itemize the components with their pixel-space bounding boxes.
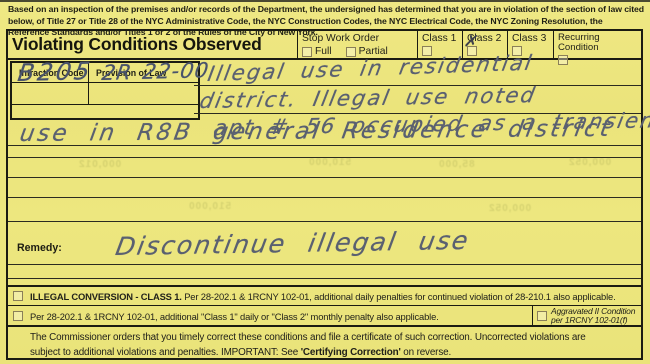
section-title: Violating Conditions Observed [12,34,262,55]
show-through-text: 85,000 [438,159,475,170]
remedy-label: Remedy: [17,242,62,254]
commissioner-order: The Commissioner orders that you timely … [8,325,641,356]
show-through-text: 000,012 [78,159,121,170]
commissioner-order-line2-pre: subject to additional violations and pen… [30,347,301,358]
penalty-row2-checkbox[interactable] [13,311,23,321]
show-through-text: 510,000 [188,201,231,212]
infraction-code-value: B205 [16,57,95,87]
stop-work-order-label: Stop Work Order [302,33,413,44]
swo-full-checkbox[interactable] [302,47,312,57]
violation-text-line4: use in R8B general Residence district [18,116,614,147]
violation-main-box: Violating Conditions Observed Stop Work … [6,29,643,360]
swo-full-label: Full [315,46,332,57]
show-through-text: 000,052 [568,157,611,168]
commissioner-order-line1: The Commissioner orders that you timely … [30,331,635,346]
aggravated-condition-cell: Aggravated II Condition per 1RCNY 102-01… [532,305,641,325]
penalty-row2-text: Per 28-202.1 & 1RCNY 102-01, additional … [30,311,439,322]
illegal-conversion-text: Per 28-202.1 & 1RCNY 102-01, additional … [182,291,616,302]
writing-line [8,197,641,198]
recurring-condition-checkbox[interactable] [558,55,568,65]
writing-line [8,221,641,222]
writing-line [8,264,641,265]
class3-label: Class 3 [512,33,549,44]
swo-full-option[interactable]: Full [302,46,332,57]
illegal-conversion-checkbox[interactable] [13,291,23,301]
aggravated-condition-checkbox[interactable] [537,311,547,321]
writing-line [8,177,641,178]
illegal-conversion-bold: ILLEGAL CONVERSION - CLASS 1. [30,291,182,302]
swo-partial-checkbox[interactable] [346,47,356,57]
class2-check-mark: ✗ [463,36,479,48]
recurring-condition-label: Recurring Condition [558,33,637,53]
show-through-text: 510,000 [308,157,351,168]
provision-of-law-value: 2R 22-00 [100,58,211,85]
recurring-condition-cell: Recurring Condition [554,31,641,58]
violation-form: { "colors": { "paper": "#ece57e", "line"… [0,0,650,364]
show-through-text: 000,052 [488,203,531,214]
scan-edge-line [0,0,650,2]
aggravated-condition-line2: per 1RCNY 102-01(f) [551,315,627,325]
certifying-correction-bold: 'Certifying Correction' [301,347,401,358]
violation-text-line2: district. Illegal use noted [198,83,539,113]
illegal-conversion-row: ILLEGAL CONVERSION - CLASS 1. Per 28-202… [8,285,641,305]
header-row: Violating Conditions Observed Stop Work … [8,31,641,60]
provision-of-law-cell [88,83,198,104]
stop-work-order-cell: Stop Work Order Full Partial [298,31,418,58]
commissioner-order-line2-post: on reverse. [401,347,451,358]
remedy-value: Discontinue illegal use [113,226,472,261]
section-title-cell: Violating Conditions Observed [8,31,298,58]
writing-line [8,278,641,279]
class1-label: Class 1 [422,33,458,44]
